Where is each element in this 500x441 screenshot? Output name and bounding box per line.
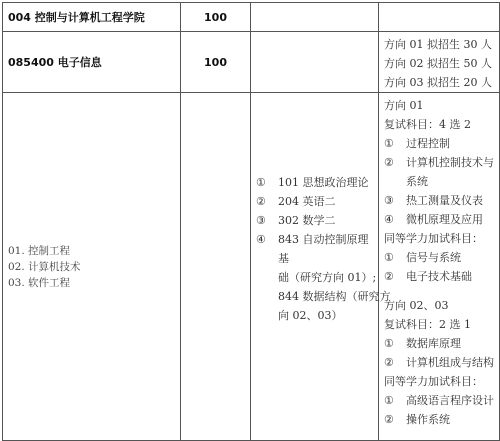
exam-subject-continued: 844 数据结构（研究方 — [256, 287, 378, 306]
major-item: 03. 软件工程 — [8, 275, 180, 291]
major-item: 02. 计算机技术 — [8, 259, 180, 275]
retest-label: 复试科目：2 选 1 — [384, 315, 499, 334]
school-exam-cell — [251, 3, 379, 32]
retest-subject: ②计算机组成与结构 — [384, 353, 499, 372]
table-row-program: 085400 电子信息 100 方向 01 拟招生 30 人 方向 02 拟招生… — [3, 32, 500, 93]
exam-subject-continued: 向 02、03） — [256, 306, 378, 325]
quota-note: 方向 01 拟招生 30 人 — [384, 35, 499, 54]
extra-subject: ②电子技术基础 — [384, 267, 499, 286]
table-row-school: 004 控制与计算机工程学院 100 — [3, 3, 500, 32]
majors-cell: 01. 控制工程 02. 计算机技术 03. 软件工程 — [3, 93, 181, 441]
quota-note: 方向 02 拟招生 50 人 — [384, 54, 499, 73]
quota-note: 方向 03 拟招生 20 人 — [384, 73, 499, 92]
admissions-table: 004 控制与计算机工程学院 100 085400 电子信息 100 方向 01… — [2, 2, 500, 441]
table-row-majors: 01. 控制工程 02. 计算机技术 03. 软件工程 ①101 思想政治理论 … — [3, 93, 500, 441]
extra-subject: ①高级语言程序设计 — [384, 391, 499, 410]
retest-subject: ④微机原理及应用 — [384, 210, 499, 229]
exam-subjects-cell: ①101 思想政治理论 ②204 英语二 ③302 数学二 ④843 自动控制原… — [251, 93, 379, 441]
retest-subject: 系统 — [384, 172, 499, 191]
extra-subject: ①信号与系统 — [384, 248, 499, 267]
program-quota-cell: 100 — [181, 32, 251, 93]
program-exam-cell — [251, 32, 379, 93]
exam-subject: ④843 自动控制原理基 — [256, 230, 378, 268]
school-quota-cell: 100 — [181, 3, 251, 32]
school-notes-cell — [379, 3, 500, 32]
exam-subject: ②204 英语二 — [256, 192, 378, 211]
program-notes-cell: 方向 01 拟招生 30 人 方向 02 拟招生 50 人 方向 03 拟招生 … — [379, 32, 500, 93]
program-name-cell: 085400 电子信息 — [3, 32, 181, 93]
retest-label: 复试科目：4 选 2 — [384, 115, 499, 134]
direction-title: 方向 02、03 — [384, 296, 499, 315]
major-item: 01. 控制工程 — [8, 243, 180, 259]
retest-subject: ②计算机控制技术与 — [384, 153, 499, 172]
retest-subject: ①数据库原理 — [384, 334, 499, 353]
direction-title: 方向 01 — [384, 96, 499, 115]
majors-quota-cell — [181, 93, 251, 441]
extra-subject: ②操作系统 — [384, 410, 499, 429]
school-name-cell: 004 控制与计算机工程学院 — [3, 3, 181, 32]
retest-notes-cell: 方向 01 复试科目：4 选 2 ①过程控制 ②计算机控制技术与 系统 ③热工测… — [379, 93, 500, 441]
extra-label: 同等学力加试科目： — [384, 229, 499, 248]
retest-subject: ③热工测量及仪表 — [384, 191, 499, 210]
exam-subject: ③302 数学二 — [256, 211, 378, 230]
exam-subject: ①101 思想政治理论 — [256, 173, 378, 192]
extra-label: 同等学力加试科目： — [384, 372, 499, 391]
exam-subject-continued: 础（研究方向 01）; — [256, 268, 378, 287]
retest-subject: ①过程控制 — [384, 134, 499, 153]
